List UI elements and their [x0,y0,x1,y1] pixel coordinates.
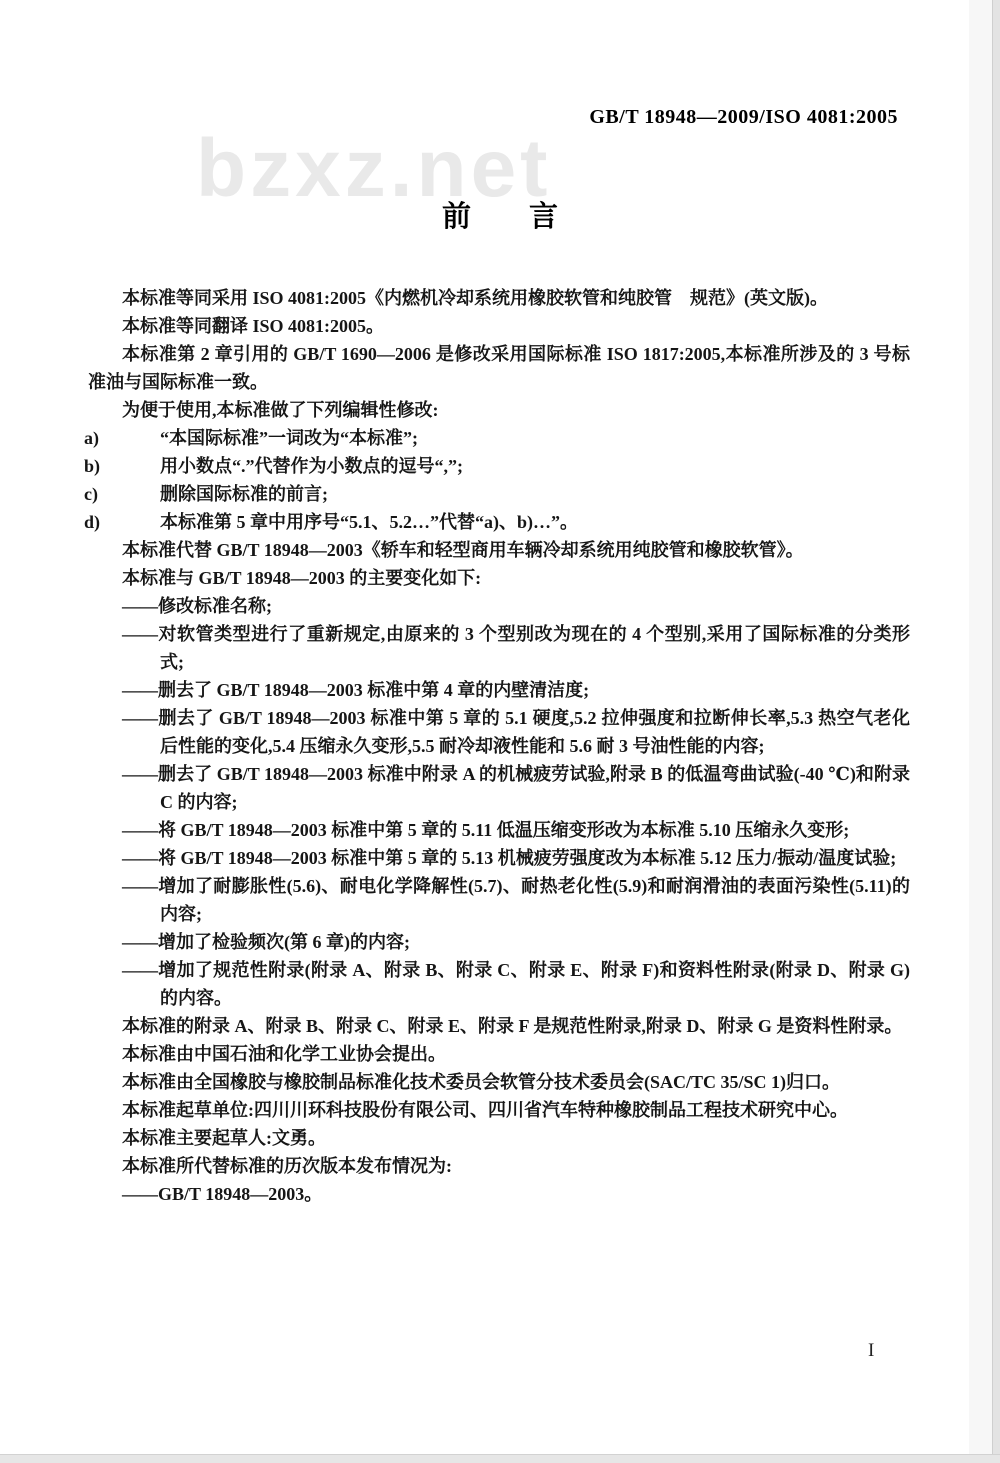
list-item-text: “本国际标准”一词改为“本标准”; [160,428,418,448]
change-item: ——对软管类型进行了重新规定,由原来的 3 个型别改为现在的 4 个型别,采用了… [88,620,910,676]
list-item-label: d) [122,508,160,536]
scan-edge-right [992,0,1000,1463]
change-item: ——GB/T 18948—2003。 [88,1180,910,1208]
document-body: 本标准等同采用 ISO 4081:2005《内燃机冷却系统用橡胶软管和纯胶管 规… [88,284,910,1208]
list-item: c)删除国际标准的前言; [88,480,910,508]
page-number: I [868,1340,874,1362]
list-item-label: a) [122,424,160,452]
change-item: ——删去了 GB/T 18948—2003 标准中第 4 章的内壁清洁度; [88,676,910,704]
change-item: ——修改标准名称; [88,592,910,620]
list-item-label: b) [122,452,160,480]
standard-number-header: GB/T 18948—2009/ISO 4081:2005 [589,106,898,129]
change-item: ——删去了 GB/T 18948—2003 标准中附录 A 的机械疲劳试验,附录… [88,760,910,816]
list-item: d)本标准第 5 章中用序号“5.1、5.2…”代替“a)、b)…”。 [88,508,910,536]
change-item: ——将 GB/T 18948—2003 标准中第 5 章的 5.13 机械疲劳强… [88,844,910,872]
list-item-text: 本标准第 5 章中用序号“5.1、5.2…”代替“a)、b)…”。 [160,512,578,532]
paragraph: 本标准起草单位:四川川环科技股份有限公司、四川省汽车特种橡胶制品工程技术研究中心… [88,1096,910,1124]
paragraph: 为便于使用,本标准做了下列编辑性修改: [88,396,910,424]
list-item-text: 用小数点“.”代替作为小数点的逗号“,”; [160,456,463,476]
change-item: ——增加了规范性附录(附录 A、附录 B、附录 C、附录 E、附录 F)和资料性… [88,956,910,1012]
paragraph: 本标准代替 GB/T 18948—2003《轿车和轻型商用车辆冷却系统用纯胶管和… [88,536,910,564]
paragraph: 本标准由中国石油和化学工业协会提出。 [88,1040,910,1068]
paragraph: 本标准由全国橡胶与橡胶制品标准化技术委员会软管分技术委员会(SAC/TC 35/… [88,1068,910,1096]
paragraph: 本标准等同采用 ISO 4081:2005《内燃机冷却系统用橡胶软管和纯胶管 规… [88,284,910,312]
list-item: a)“本国际标准”一词改为“本标准”; [88,424,910,452]
list-item-label: c) [122,480,160,508]
list-item-text: 删除国际标准的前言; [160,484,328,504]
paragraph: 本标准的附录 A、附录 B、附录 C、附录 E、附录 F 是规范性附录,附录 D… [88,1012,910,1040]
change-item: ——删去了 GB/T 18948—2003 标准中第 5 章的 5.1 硬度,5… [88,704,910,760]
paragraph: 本标准等同翻译 ISO 4081:2005。 [88,312,910,340]
paragraph: 本标准与 GB/T 18948—2003 的主要变化如下: [88,564,910,592]
change-item: ——将 GB/T 18948—2003 标准中第 5 章的 5.11 低温压缩变… [88,816,910,844]
paragraph: 本标准第 2 章引用的 GB/T 1690—2006 是修改采用国际标准 ISO… [88,340,910,396]
change-item: ——增加了检验频次(第 6 章)的内容; [88,928,910,956]
page-title: 前 言 [0,194,1000,235]
document-page: bzxz.net GB/T 18948—2009/ISO 4081:2005 前… [0,0,1000,1463]
paragraph: 本标准主要起草人:文勇。 [88,1124,910,1152]
paragraph: 本标准所代替标准的历次版本发布情况为: [88,1152,910,1180]
change-item: ——增加了耐膨胀性(5.6)、耐电化学降解性(5.7)、耐热老化性(5.9)和耐… [88,872,910,928]
scan-edge-bottom [0,1454,1000,1463]
list-item: b)用小数点“.”代替作为小数点的逗号“,”; [88,452,910,480]
